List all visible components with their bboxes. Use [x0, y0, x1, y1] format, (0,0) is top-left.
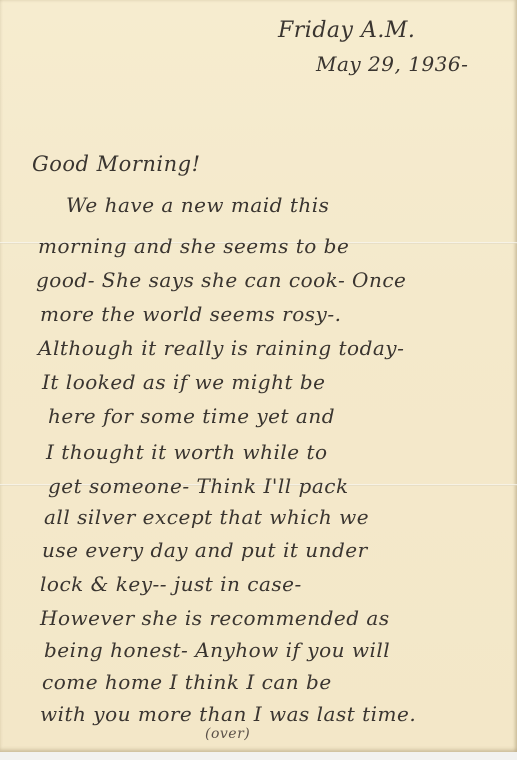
letter-line: morning and she seems to be: [38, 234, 349, 258]
letter-line: good- She says she can cook- Once: [36, 268, 406, 292]
letter-line: being honest- Anyhow if you will: [44, 638, 390, 662]
letter-line: Although it really is raining today-: [38, 336, 404, 360]
letter-line: use every day and put it under: [42, 538, 368, 562]
letter-line: here for some time yet and: [48, 404, 335, 428]
letter-line: all silver except that which we: [44, 505, 369, 529]
letter-line: However she is recommended as: [40, 606, 390, 630]
letter-line: We have a new maid this: [66, 193, 329, 217]
letter-line: more the world seems rosy-.: [40, 302, 341, 326]
letter-page: Friday A.M. May 29, 1936- Good Morning! …: [0, 0, 517, 752]
over-note: (over): [205, 726, 250, 742]
letter-line: I thought it worth while to: [46, 440, 328, 464]
letter-line: lock & key-- just in case-: [40, 572, 302, 596]
letter-day: Friday A.M.: [278, 18, 415, 43]
letter-date: May 29, 1936-: [316, 52, 468, 76]
letter-line: come home I think I can be: [42, 670, 332, 694]
letter-line: with you more than I was last time.: [40, 702, 416, 726]
letter-line: It looked as if we might be: [42, 370, 325, 394]
letter-line: get someone- Think I'll pack: [48, 474, 349, 498]
salutation: Good Morning!: [32, 152, 201, 176]
